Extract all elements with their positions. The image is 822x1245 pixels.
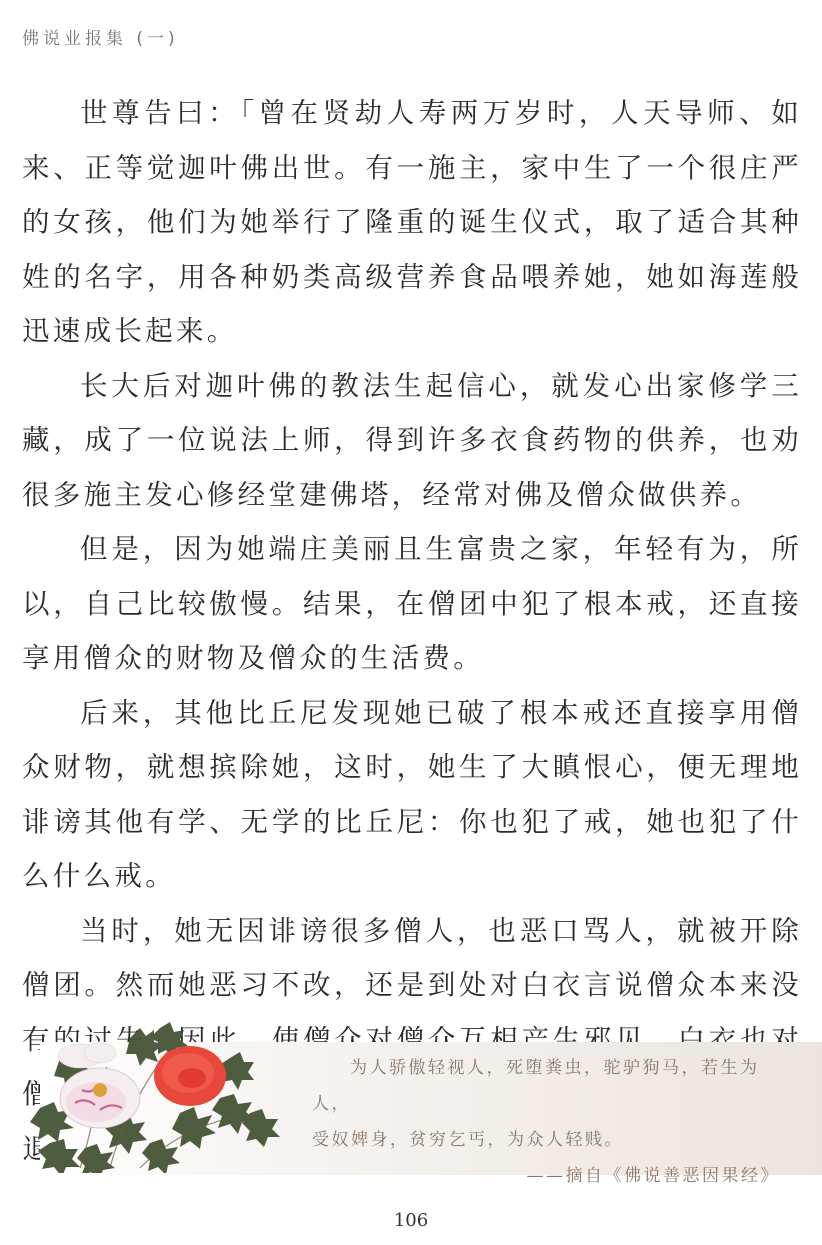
quote-block: 为人骄傲轻视人，死堕粪虫，驼驴狗马，若生为人， 受奴婢身，贫穷乞丐，为众人轻贱。… [312,1050,792,1194]
quote-source: ——摘自《佛说善恶因果经》 [312,1158,792,1194]
body-text: 世尊告曰：「曾在贤劫人寿两万岁时，人天导师、如来、正等觉迦叶佛出世。有一施主，家… [22,86,802,1176]
running-header-title: 佛说业报集 (一) [22,24,179,49]
quote-line-2: 受奴婢身，贫穷乞丐，为众人轻贱。 [312,1122,792,1158]
paragraph-1: 世尊告曰：「曾在贤劫人寿两万岁时，人天导师、如来、正等觉迦叶佛出世。有一施主，家… [22,86,802,359]
paragraph-3: 但是，因为她端庄美丽且生富贵之家，年轻有为，所以，自己比较傲慢。结果，在僧团中犯… [22,522,802,686]
paragraph-2: 长大后对迦叶佛的教法生起信心，就发心出家修学三藏，成了一位说法上师，得到许多衣食… [22,359,802,523]
peony-flowers-icon [20,1018,295,1173]
page-number: 106 [0,1210,822,1231]
paragraph-4: 后来，其他比丘尼发现她已破了根本戒还直接享用僧众财物，就想摈除她，这时，她生了大… [22,686,802,904]
quote-line-1: 为人骄傲轻视人，死堕粪虫，驼驴狗马，若生为人， [312,1050,792,1122]
